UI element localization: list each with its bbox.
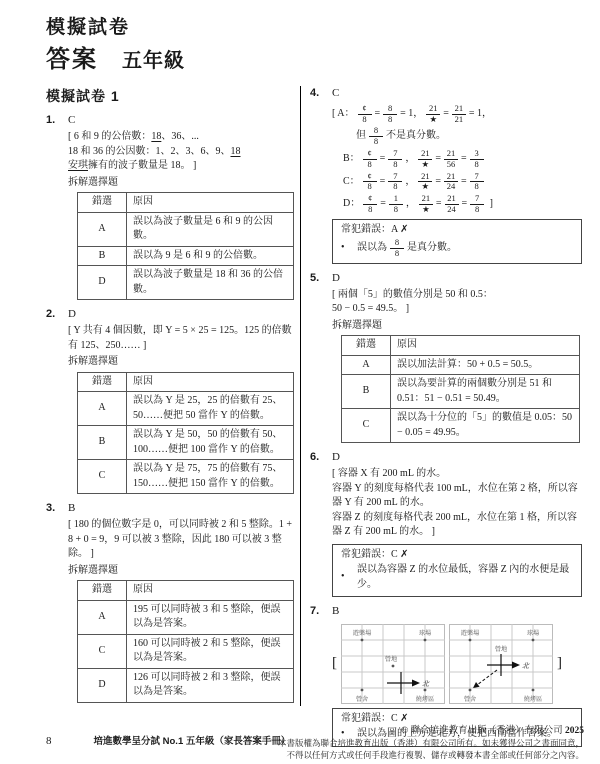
- answer-letter: D: [332, 271, 340, 287]
- math-text: =: [375, 107, 381, 122]
- question-2: 2. D [ Y 共有 4 個因數，即 Y = 5 × 25 = 125。125…: [46, 307, 296, 494]
- north-label: 北: [422, 680, 430, 688]
- table-row: D誤以為波子數量是 18 和 36 的公倍數。: [78, 266, 294, 300]
- open-bracket: [: [332, 653, 337, 675]
- bbq-label: 燒烤區: [524, 695, 543, 703]
- math-text: =: [435, 152, 441, 167]
- table-row: A195 可以同時被 3 和 5 整除，便誤以為是答案。: [78, 600, 294, 634]
- answers-title: 答案: [46, 46, 98, 73]
- page-header: 模擬試卷 答案五年級: [0, 0, 600, 77]
- note-line: 容器 Z 的刻度每格代表 200 mL，水位在第 1 格，所以容器 Z 有 20…: [332, 511, 582, 540]
- answer-letter: D: [68, 307, 76, 323]
- bbq-dot: [532, 689, 535, 692]
- bbq-label: 燒烤區: [416, 695, 435, 703]
- choice-header: 錯選: [342, 336, 391, 356]
- note-text: [ 6 和 9 的公倍數：: [68, 131, 151, 142]
- table-row: A誤以為 Y 是 25，25 的倍數有 25、50……便把 50 當作 Y 的倍…: [78, 392, 294, 426]
- hostel-label: 營舍: [356, 695, 368, 703]
- denominator: 24: [444, 182, 458, 192]
- math-text: 但: [356, 129, 366, 144]
- answer-letter: B: [68, 501, 75, 517]
- fraction: ¢8: [363, 172, 377, 193]
- choice-header: 錯選: [78, 581, 127, 601]
- fraction: 38: [470, 149, 484, 170]
- math-text: =: [380, 152, 386, 167]
- denominator: 8: [358, 115, 372, 125]
- note-text: 、36、...: [161, 131, 199, 142]
- question-head: 3. B: [46, 501, 296, 517]
- option-c-working: C： ¢8 = 78 ， 21★ = 2124 = 78: [343, 172, 582, 193]
- question-number: 1.: [46, 113, 68, 129]
- question-head: 5. D: [310, 271, 582, 287]
- copyright-line: © 聯合培進教育出版（香港）有限公司 2025: [278, 725, 584, 738]
- question-body: [ A： ¢8 = 88 = 1， 21★ = 2121 = 1， 但 88 不…: [332, 104, 582, 264]
- playground-label: 遊樂場: [353, 629, 372, 637]
- bbq-dot: [424, 689, 427, 692]
- question-body: [ 180 的個位數字是 0，可以同時被 2 和 5 整除。1 + 8 + 0 …: [68, 518, 296, 703]
- playground-label: 遊樂場: [461, 629, 480, 637]
- reason-cell: 誤以為 Y 是 75，75 的倍數有 75、150……便把 150 當作 Y 的…: [127, 460, 294, 494]
- math-text: = 1，: [469, 107, 492, 122]
- question-number: 2.: [46, 307, 68, 323]
- question-1: 1. C [ 6 和 9 的公倍數：18、36、... 18 和 36 的公因數…: [46, 113, 296, 300]
- fraction: 21★: [426, 104, 440, 125]
- reason-header: 原因: [127, 372, 294, 392]
- question-head: 4. C: [310, 86, 582, 102]
- question-body: [ 兩個「5」的數值分別是 50 和 0.5： 50 − 0.5 = 49.5。…: [332, 288, 582, 444]
- table-row: C誤以為 Y 是 75，75 的倍數有 75、150……便把 150 當作 Y …: [78, 460, 294, 494]
- choice-cell: A: [78, 392, 127, 426]
- common-error-box: 常犯錯誤：A ✗ • 誤以為 88 是真分數。: [332, 219, 582, 264]
- note-text: 擁有的波子數量是 18。 ]: [88, 160, 196, 171]
- question-number: 3.: [46, 501, 68, 517]
- note-line: [ 容器 X 有 200 mL 的水。: [332, 467, 582, 482]
- question-head: 7. B: [310, 604, 582, 620]
- title-row: 答案五年級: [46, 43, 600, 78]
- math-text: =: [443, 107, 449, 122]
- fraction: 78: [470, 172, 484, 193]
- underlined-value: 18: [151, 131, 161, 142]
- underlined-name: 安琪: [68, 160, 88, 171]
- underlined-value: 18: [231, 146, 241, 157]
- option-d-working: D： ¢8 = 18 ， 21★ = 2124 = 78 ]: [343, 194, 582, 215]
- fraction: 78: [470, 194, 484, 215]
- question-body: [ Y 共有 4 個因數，即 Y = 5 × 25 = 125。125 的倍數有…: [68, 324, 296, 494]
- book-title: 培進數學呈分試 No.1 五年級（家長答案手冊）: [94, 735, 291, 749]
- math-text: C：: [343, 175, 360, 190]
- solution-note: [ 容器 X 有 200 mL 的水。 容器 Y 的刻度每格代表 100 mL，…: [332, 467, 582, 540]
- choice-cell: C: [78, 460, 127, 494]
- denominator: 8: [363, 205, 377, 215]
- reason-cell: 126 可以同時被 2 和 3 整除，便誤以為是答案。: [127, 668, 294, 702]
- table-header-row: 錯選原因: [78, 193, 294, 213]
- question-4: 4. C [ A： ¢8 = 88 = 1， 21★ = 2121 = 1，: [310, 86, 582, 264]
- math-text: ，: [405, 152, 415, 167]
- table-header-row: 錯選原因: [78, 581, 294, 601]
- court-dot: [424, 639, 427, 642]
- breakdown-label: 拆解選擇題: [332, 319, 582, 334]
- breakdown-label: 拆解選擇題: [68, 176, 296, 191]
- table-row: B誤以為要計算的兩個數分別是 51 和 0.51：51 − 0.51 = 50.…: [342, 375, 580, 409]
- denominator: 56: [444, 160, 458, 170]
- map-option-left: 遊樂場 球場 營地 營舍 燒烤區: [341, 624, 445, 704]
- reason-cell: 誤以為 9 是 6 和 9 的公倍數。: [127, 246, 294, 266]
- note-line: [ 6 和 9 的公倍數：18、36、...: [68, 130, 296, 145]
- reason-header: 原因: [391, 336, 580, 356]
- error-text: 是真分數。: [407, 241, 457, 256]
- question-3: 3. B [ 180 的個位數字是 0，可以同時被 2 和 5 整除。1 + 8…: [46, 501, 296, 702]
- denominator: 21: [452, 115, 466, 125]
- fraction: 2124: [445, 194, 459, 215]
- choice-cell: C: [342, 409, 391, 443]
- denominator: ★: [419, 205, 433, 215]
- denominator: 8: [383, 115, 397, 125]
- denominator: 8: [363, 182, 377, 192]
- fraction: 18: [389, 194, 403, 215]
- question-head: 6. D: [310, 450, 582, 466]
- camp-label: 營地: [385, 655, 397, 663]
- camp-dot: [392, 665, 395, 668]
- math-text: =: [436, 197, 442, 212]
- solution-note: [ 180 的個位數字是 0，可以同時被 2 和 5 整除。1 + 8 + 0 …: [68, 518, 296, 562]
- table-row: B誤以為 9 是 6 和 9 的公倍數。: [78, 246, 294, 266]
- choice-cell: B: [78, 246, 127, 266]
- table-row: A誤以加法計算：50 + 0.5 = 50.5。: [342, 355, 580, 375]
- option-a-working-2: 但 88 不是真分數。: [356, 126, 582, 147]
- denominator: 24: [445, 205, 459, 215]
- math-text: = 1，: [400, 107, 423, 122]
- common-error-title: 常犯錯誤：C ✗: [341, 712, 573, 727]
- question-number: 6.: [310, 450, 332, 466]
- playground-dot: [361, 639, 364, 642]
- table-header-row: 錯選原因: [342, 336, 580, 356]
- hostel-dot: [469, 689, 472, 692]
- wrong-choice-table: 錯選原因 A誤以為波子數量是 6 和 9 的公因數。 B誤以為 9 是 6 和 …: [77, 192, 294, 300]
- reason-header: 原因: [127, 193, 294, 213]
- choice-cell: A: [78, 212, 127, 246]
- reason-cell: 誤以為 Y 是 50，50 的倍數有 50、100……便把 100 當作 Y 的…: [127, 426, 294, 460]
- choice-header: 錯選: [78, 372, 127, 392]
- note-text: 18 和 36 的公因數：1、2、3、6、9、: [68, 146, 231, 157]
- math-text: =: [435, 175, 441, 190]
- choice-header: 錯選: [78, 193, 127, 213]
- fraction: 88: [390, 238, 404, 259]
- breakdown-label: 拆解選擇題: [68, 564, 296, 579]
- court-dot: [532, 639, 535, 642]
- question-6: 6. D [ 容器 X 有 200 mL 的水。 容器 Y 的刻度每格代表 10…: [310, 450, 582, 597]
- denominator: 8: [390, 249, 404, 259]
- denominator: ★: [426, 115, 440, 125]
- hostel-label: 營舍: [464, 695, 476, 703]
- choice-cell: A: [78, 600, 127, 634]
- math-text: D：: [343, 197, 360, 212]
- reason-cell: 195 可以同時被 3 和 5 整除，便誤以為是答案。: [127, 600, 294, 634]
- note-line: 安琪擁有的波子數量是 18。 ]: [68, 159, 296, 174]
- series-title: 模擬試卷: [46, 14, 600, 42]
- denominator: 8: [470, 160, 484, 170]
- math-text: =: [380, 175, 386, 190]
- common-error-bullet: • 誤以為容器 Z 的水位最低，容器 Z 內的水便是最少。: [341, 563, 573, 592]
- math-text: 不是真分數。: [386, 129, 446, 144]
- playground-dot: [469, 639, 472, 642]
- math-text: =: [461, 175, 467, 190]
- solution-note: [ Y 共有 4 個因數，即 Y = 5 × 25 = 125。125 的倍數有…: [68, 324, 296, 353]
- choice-cell: A: [342, 355, 391, 375]
- math-text: ，: [405, 175, 415, 190]
- court-label: 球場: [419, 629, 431, 637]
- fraction: 2124: [444, 172, 458, 193]
- answer-letter: D: [332, 450, 340, 466]
- error-text: 誤以為: [357, 241, 387, 256]
- reason-cell: 誤以為要計算的兩個數分別是 51 和 0.51：51 − 0.51 = 50.4…: [391, 375, 580, 409]
- fraction: 21★: [418, 172, 432, 193]
- denominator: 8: [470, 205, 484, 215]
- choice-cell: D: [78, 266, 127, 300]
- hostel-dot: [361, 689, 364, 692]
- map-option-right: 遊樂場 球場 營地 營舍 燒烤區: [449, 624, 553, 704]
- fraction: 88: [369, 126, 383, 147]
- note-line: 18 和 36 的公因數：1、2、3、6、9、18: [68, 145, 296, 160]
- court-label: 球場: [527, 629, 539, 637]
- table-row: B誤以為 Y 是 50，50 的倍數有 50、100……便把 100 當作 Y …: [78, 426, 294, 460]
- choice-cell: B: [342, 375, 391, 409]
- section-title: 模擬試卷 1: [46, 86, 296, 106]
- question-head: 1. C: [46, 113, 296, 129]
- table-row: C誤以為十分位的「5」的數值是 0.05：50 − 0.05 = 49.95。: [342, 409, 580, 443]
- reason-cell: 誤以為 Y 是 25，25 的倍數有 25、50……便把 50 當作 Y 的倍數…: [127, 392, 294, 426]
- denominator: 8: [369, 137, 383, 147]
- content-columns: 模擬試卷 1 1. C [ 6 和 9 的公倍數：18、36、... 18 和 …: [0, 86, 600, 706]
- wrong-choice-table: 錯選原因 A誤以為 Y 是 25，25 的倍數有 25、50……便把 50 當作…: [77, 372, 294, 495]
- table-row: D126 可以同時被 2 和 3 整除，便誤以為是答案。: [78, 668, 294, 702]
- denominator: 8: [470, 182, 484, 192]
- denominator: 8: [388, 182, 402, 192]
- page-number: 8: [46, 734, 52, 750]
- table-row: A誤以為波子數量是 6 和 9 的公因數。: [78, 212, 294, 246]
- note-line: 50 − 0.5 = 49.5。 ]: [332, 302, 582, 317]
- wrong-choice-table: 錯選原因 A195 可以同時被 3 和 5 整除，便誤以為是答案。 C160 可…: [77, 580, 294, 703]
- southwest-arrow: [473, 670, 497, 688]
- math-text: =: [380, 197, 386, 212]
- copyright-notice: 本書版權為聯合培進教育出版（香港）有限公司所有。如未獲得公司之書面同意，: [278, 738, 584, 749]
- question-number: 7.: [310, 604, 332, 620]
- answer-book-page: 模擬試卷 答案五年級 模擬試卷 1 1. C [ 6 和 9 的公倍數：18、3…: [0, 0, 600, 764]
- reason-cell: 誤以為波子數量是 6 和 9 的公因數。: [127, 212, 294, 246]
- note-line: [ 兩個「5」的數值分別是 50 和 0.5：: [332, 288, 582, 303]
- question-number: 4.: [310, 86, 332, 102]
- option-b-working: B： ¢8 = 78 ， 21★ = 2156 = 38: [343, 149, 582, 170]
- reason-cell: 誤以為波子數量是 18 和 36 的公倍數。: [127, 266, 294, 300]
- denominator: ★: [418, 160, 432, 170]
- choice-cell: C: [78, 634, 127, 668]
- math-text: [ A：: [332, 107, 355, 122]
- footer-right: © 聯合培進教育出版（香港）有限公司 2025 本書版權為聯合培進教育出版（香港…: [278, 725, 584, 761]
- math-text: =: [462, 197, 468, 212]
- fraction: 78: [388, 172, 402, 193]
- question-body: [ 容器 X 有 200 mL 的水。 容器 Y 的刻度每格代表 100 mL，…: [332, 467, 582, 597]
- fraction: 21★: [419, 194, 433, 215]
- reason-cell: 誤以加法計算：50 + 0.5 = 50.5。: [391, 355, 580, 375]
- option-a-working: [ A： ¢8 = 88 = 1， 21★ = 2121 = 1，: [332, 104, 582, 125]
- table-header-row: 錯選原因: [78, 372, 294, 392]
- math-text: ，: [406, 197, 416, 212]
- reason-header: 原因: [127, 581, 294, 601]
- math-text: =: [461, 152, 467, 167]
- reason-cell: 誤以為十分位的「5」的數值是 0.05：50 − 0.05 = 49.95。: [391, 409, 580, 443]
- bullet-icon: •: [341, 241, 357, 256]
- denominator: 8: [363, 160, 377, 170]
- fraction: ¢8: [358, 104, 372, 125]
- copyright-year: 2025: [565, 726, 584, 736]
- reason-cell: 160 可以同時被 2 和 5 整除，便誤以為是答案。: [127, 634, 294, 668]
- question-5: 5. D [ 兩個「5」的數值分別是 50 和 0.5： 50 − 0.5 = …: [310, 271, 582, 443]
- close-bracket: ]: [557, 653, 562, 675]
- left-column: 模擬試卷 1 1. C [ 6 和 9 的公倍數：18、36、... 18 和 …: [46, 86, 296, 706]
- choice-cell: D: [78, 668, 127, 702]
- fraction: 2121: [452, 104, 466, 125]
- copyright-notice: 不得以任何方式或任何手段進行複製、儲存或轉發本書全部或任何部分之內容。: [278, 750, 584, 761]
- answer-letter: C: [332, 86, 339, 102]
- error-text: 誤以為容器 Z 的水位最低，容器 Z 內的水便是最少。: [357, 563, 573, 592]
- denominator: 8: [388, 160, 402, 170]
- wrong-choice-table: 錯選原因 A誤以加法計算：50 + 0.5 = 50.5。 B誤以為要計算的兩個…: [341, 335, 580, 443]
- fraction: ¢8: [363, 149, 377, 170]
- fraction: 2156: [444, 149, 458, 170]
- compass-icon: 北: [487, 654, 530, 676]
- question-number: 5.: [310, 271, 332, 287]
- common-error-box: 常犯錯誤：C ✗ • 誤以為容器 Z 的水位最低，容器 Z 內的水便是最少。: [332, 544, 582, 598]
- common-error-title: 常犯錯誤：A ✗: [341, 223, 573, 238]
- note-line: 容器 Y 的刻度每格代表 100 mL，水位在第 2 格，所以容器 Y 有 20…: [332, 482, 582, 511]
- bullet-icon: •: [341, 570, 357, 585]
- grade-label: 五年級: [122, 50, 185, 72]
- solution-note: [ 6 和 9 的公倍數：18、36、... 18 和 36 的公因數：1、2、…: [68, 130, 296, 174]
- breakdown-label: 拆解選擇題: [68, 355, 296, 370]
- compass-icon: 北: [387, 672, 430, 694]
- choice-cell: B: [78, 426, 127, 460]
- fraction: 78: [388, 149, 402, 170]
- denominator: ★: [418, 182, 432, 192]
- right-column: 4. C [ A： ¢8 = 88 = 1， 21★ = 2121 = 1，: [301, 86, 582, 706]
- common-error-title: 常犯錯誤：C ✗: [341, 548, 573, 563]
- camp-label: 營地: [495, 645, 507, 653]
- question-head: 2. D: [46, 307, 296, 323]
- question-body: [ 6 和 9 的公倍數：18、36、... 18 和 36 的公因數：1、2、…: [68, 130, 296, 300]
- fraction: 21★: [418, 149, 432, 170]
- common-error-bullet: • 誤以為 88 是真分數。: [341, 238, 573, 259]
- publisher-name: © 聯合培進教育出版（香港）有限公司: [401, 726, 565, 736]
- answer-letter: B: [332, 604, 339, 620]
- math-text: ]: [487, 197, 493, 212]
- footer-left: 8 培進數學呈分試 No.1 五年級（家長答案手冊）: [46, 734, 290, 750]
- math-text: B：: [343, 152, 360, 167]
- fraction: ¢8: [363, 194, 377, 215]
- map-figure: [ 遊樂場 球場 營地 營舍 燒烤區: [332, 624, 582, 704]
- north-label: 北: [522, 662, 530, 670]
- answer-letter: C: [68, 113, 75, 129]
- denominator: 8: [389, 205, 403, 215]
- solution-note: [ 兩個「5」的數值分別是 50 和 0.5： 50 − 0.5 = 49.5。…: [332, 288, 582, 317]
- table-row: C160 可以同時被 2 和 5 整除，便誤以為是答案。: [78, 634, 294, 668]
- fraction: 88: [383, 104, 397, 125]
